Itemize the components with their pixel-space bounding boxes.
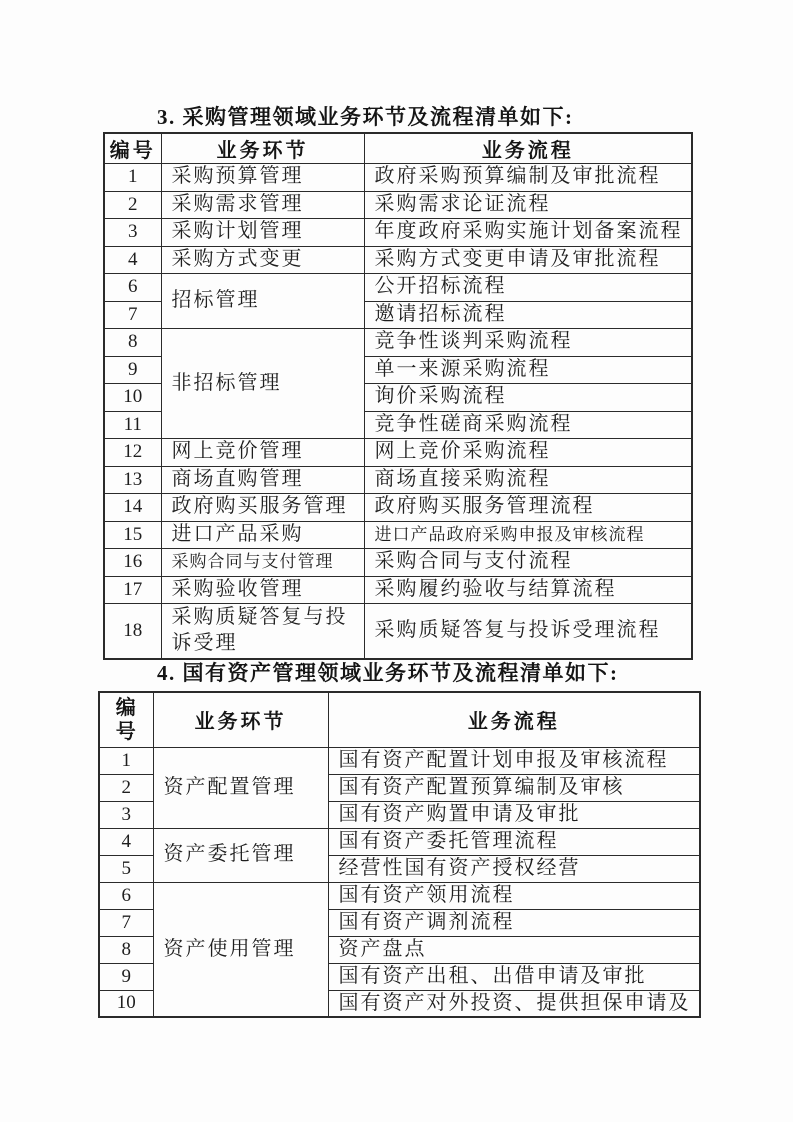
table-row: 17 采购验收管理 采购履约验收与结算流程 <box>104 576 692 604</box>
row-number-cell: 3 <box>104 219 161 247</box>
flow-cell: 国有资产出租、出借申请及审批 <box>328 963 700 990</box>
flow-cell: 进口产品政府采购申报及审核流程 <box>364 521 692 549</box>
row-number-cell: 8 <box>104 329 161 357</box>
row-number-cell: 11 <box>104 411 161 439</box>
row-number-cell: 14 <box>104 494 161 522</box>
row-number-cell: 2 <box>104 191 161 219</box>
stage-cell: 进口产品采购 <box>161 521 364 549</box>
table-row: 3 采购计划管理 年度政府采购实施计划备案流程 <box>104 219 692 247</box>
row-number-cell: 10 <box>104 384 161 412</box>
flow-cell: 竞争性谈判采购流程 <box>364 329 692 357</box>
flow-cell: 国有资产配置预算编制及审核 <box>328 774 700 801</box>
flow-cell: 竞争性磋商采购流程 <box>364 411 692 439</box>
flow-cell: 国有资产配置计划申报及审核流程 <box>328 747 700 774</box>
row-number-cell: 6 <box>104 274 161 302</box>
table-row: 1 采购预算管理 政府采购预算编制及审批流程 <box>104 164 692 192</box>
row-number-cell: 4 <box>104 246 161 274</box>
flow-cell: 国有资产领用流程 <box>328 882 700 909</box>
flow-cell: 政府购买服务管理流程 <box>364 494 692 522</box>
stage-cell: 网上竞价管理 <box>161 439 364 467</box>
column-header-flow: 业务流程 <box>328 692 700 747</box>
row-number-cell: 9 <box>99 963 153 990</box>
row-number-cell: 1 <box>104 164 161 192</box>
row-number-cell: 9 <box>104 356 161 384</box>
flow-cell: 单一来源采购流程 <box>364 356 692 384</box>
document-page: { "page": { "background": "#fdfdfd", "in… <box>0 0 793 1122</box>
row-number-cell: 6 <box>99 882 153 909</box>
stage-cell-merged: 资产使用管理 <box>153 882 328 1017</box>
table-row: 8 非招标管理 竞争性谈判采购流程 <box>104 329 692 357</box>
table-row: 6 招标管理 公开招标流程 <box>104 274 692 302</box>
flow-cell: 公开招标流程 <box>364 274 692 302</box>
column-header-stage: 业务环节 <box>153 692 328 747</box>
row-number-cell: 7 <box>104 301 161 329</box>
flow-cell: 商场直接采购流程 <box>364 466 692 494</box>
column-header-no: 编号 <box>99 692 153 747</box>
row-number-cell: 3 <box>99 801 153 828</box>
table-row: 16 采购合同与支付管理 采购合同与支付流程 <box>104 549 692 577</box>
table-row: 18 采购质疑答复与投诉受理 采购质疑答复与投诉受理流程 <box>104 604 692 659</box>
stage-cell: 采购计划管理 <box>161 219 364 247</box>
flow-cell: 国有资产调剂流程 <box>328 909 700 936</box>
stage-cell: 采购需求管理 <box>161 191 364 219</box>
row-number-cell: 16 <box>104 549 161 577</box>
table-header-row: 编号 业务环节 业务流程 <box>99 692 700 747</box>
stage-cell-merged: 资产配置管理 <box>153 747 328 828</box>
column-header-flow: 业务流程 <box>364 133 692 164</box>
row-number-cell: 10 <box>99 990 153 1017</box>
column-header-no: 编号 <box>104 133 161 164</box>
table-row: 14 政府购买服务管理 政府购买服务管理流程 <box>104 494 692 522</box>
flow-cell: 采购方式变更申请及审批流程 <box>364 246 692 274</box>
row-number-cell: 1 <box>99 747 153 774</box>
row-number-cell: 17 <box>104 576 161 604</box>
stage-cell-merged: 非招标管理 <box>161 329 364 439</box>
table-row: 12 网上竞价管理 网上竞价采购流程 <box>104 439 692 467</box>
stage-cell: 采购质疑答复与投诉受理 <box>161 604 364 659</box>
flow-cell: 询价采购流程 <box>364 384 692 412</box>
table-row: 13 商场直购管理 商场直接采购流程 <box>104 466 692 494</box>
flow-cell: 政府采购预算编制及审批流程 <box>364 164 692 192</box>
table-row: 2 采购需求管理 采购需求论证流程 <box>104 191 692 219</box>
flow-cell: 国有资产对外投资、提供担保申请及 <box>328 990 700 1017</box>
table-header-row: 编号 业务环节 业务流程 <box>104 133 692 164</box>
flow-cell: 采购需求论证流程 <box>364 191 692 219</box>
flow-cell: 资产盘点 <box>328 936 700 963</box>
table-row: 1 资产配置管理 国有资产配置计划申报及审核流程 <box>99 747 700 774</box>
table-row: 6 资产使用管理 国有资产领用流程 <box>99 882 700 909</box>
procurement-table: 编号 业务环节 业务流程 1 采购预算管理 政府采购预算编制及审批流程 2 采购… <box>103 132 693 660</box>
flow-cell: 邀请招标流程 <box>364 301 692 329</box>
flow-cell: 采购质疑答复与投诉受理流程 <box>364 604 692 659</box>
section-4-heading: 4. 国有资产管理领域业务环节及流程清单如下: <box>157 657 619 687</box>
table-row: 4 采购方式变更 采购方式变更申请及审批流程 <box>104 246 692 274</box>
stage-cell: 采购方式变更 <box>161 246 364 274</box>
row-number-cell: 13 <box>104 466 161 494</box>
stage-cell-merged: 招标管理 <box>161 274 364 329</box>
stage-cell: 商场直购管理 <box>161 466 364 494</box>
row-number-cell: 4 <box>99 828 153 855</box>
row-number-cell: 2 <box>99 774 153 801</box>
flow-cell: 国有资产购置申请及审批 <box>328 801 700 828</box>
state-assets-table: 编号 业务环节 业务流程 1 资产配置管理 国有资产配置计划申报及审核流程 2 … <box>98 691 701 1018</box>
flow-cell: 采购履约验收与结算流程 <box>364 576 692 604</box>
row-number-cell: 7 <box>99 909 153 936</box>
column-header-stage: 业务环节 <box>161 133 364 164</box>
row-number-cell: 15 <box>104 521 161 549</box>
table-row: 15 进口产品采购 进口产品政府采购申报及审核流程 <box>104 521 692 549</box>
row-number-cell: 8 <box>99 936 153 963</box>
stage-cell: 采购预算管理 <box>161 164 364 192</box>
stage-cell-merged: 资产委托管理 <box>153 828 328 882</box>
flow-cell: 年度政府采购实施计划备案流程 <box>364 219 692 247</box>
table-row: 4 资产委托管理 国有资产委托管理流程 <box>99 828 700 855</box>
row-number-cell: 18 <box>104 604 161 659</box>
row-number-cell: 12 <box>104 439 161 467</box>
section-3-heading: 3. 采购管理领域业务环节及流程清单如下: <box>157 101 574 131</box>
flow-cell: 国有资产委托管理流程 <box>328 828 700 855</box>
flow-cell: 网上竞价采购流程 <box>364 439 692 467</box>
flow-cell: 采购合同与支付流程 <box>364 549 692 577</box>
stage-cell: 采购合同与支付管理 <box>161 549 364 577</box>
stage-cell: 采购验收管理 <box>161 576 364 604</box>
row-number-cell: 5 <box>99 855 153 882</box>
flow-cell: 经营性国有资产授权经营 <box>328 855 700 882</box>
stage-cell: 政府购买服务管理 <box>161 494 364 522</box>
